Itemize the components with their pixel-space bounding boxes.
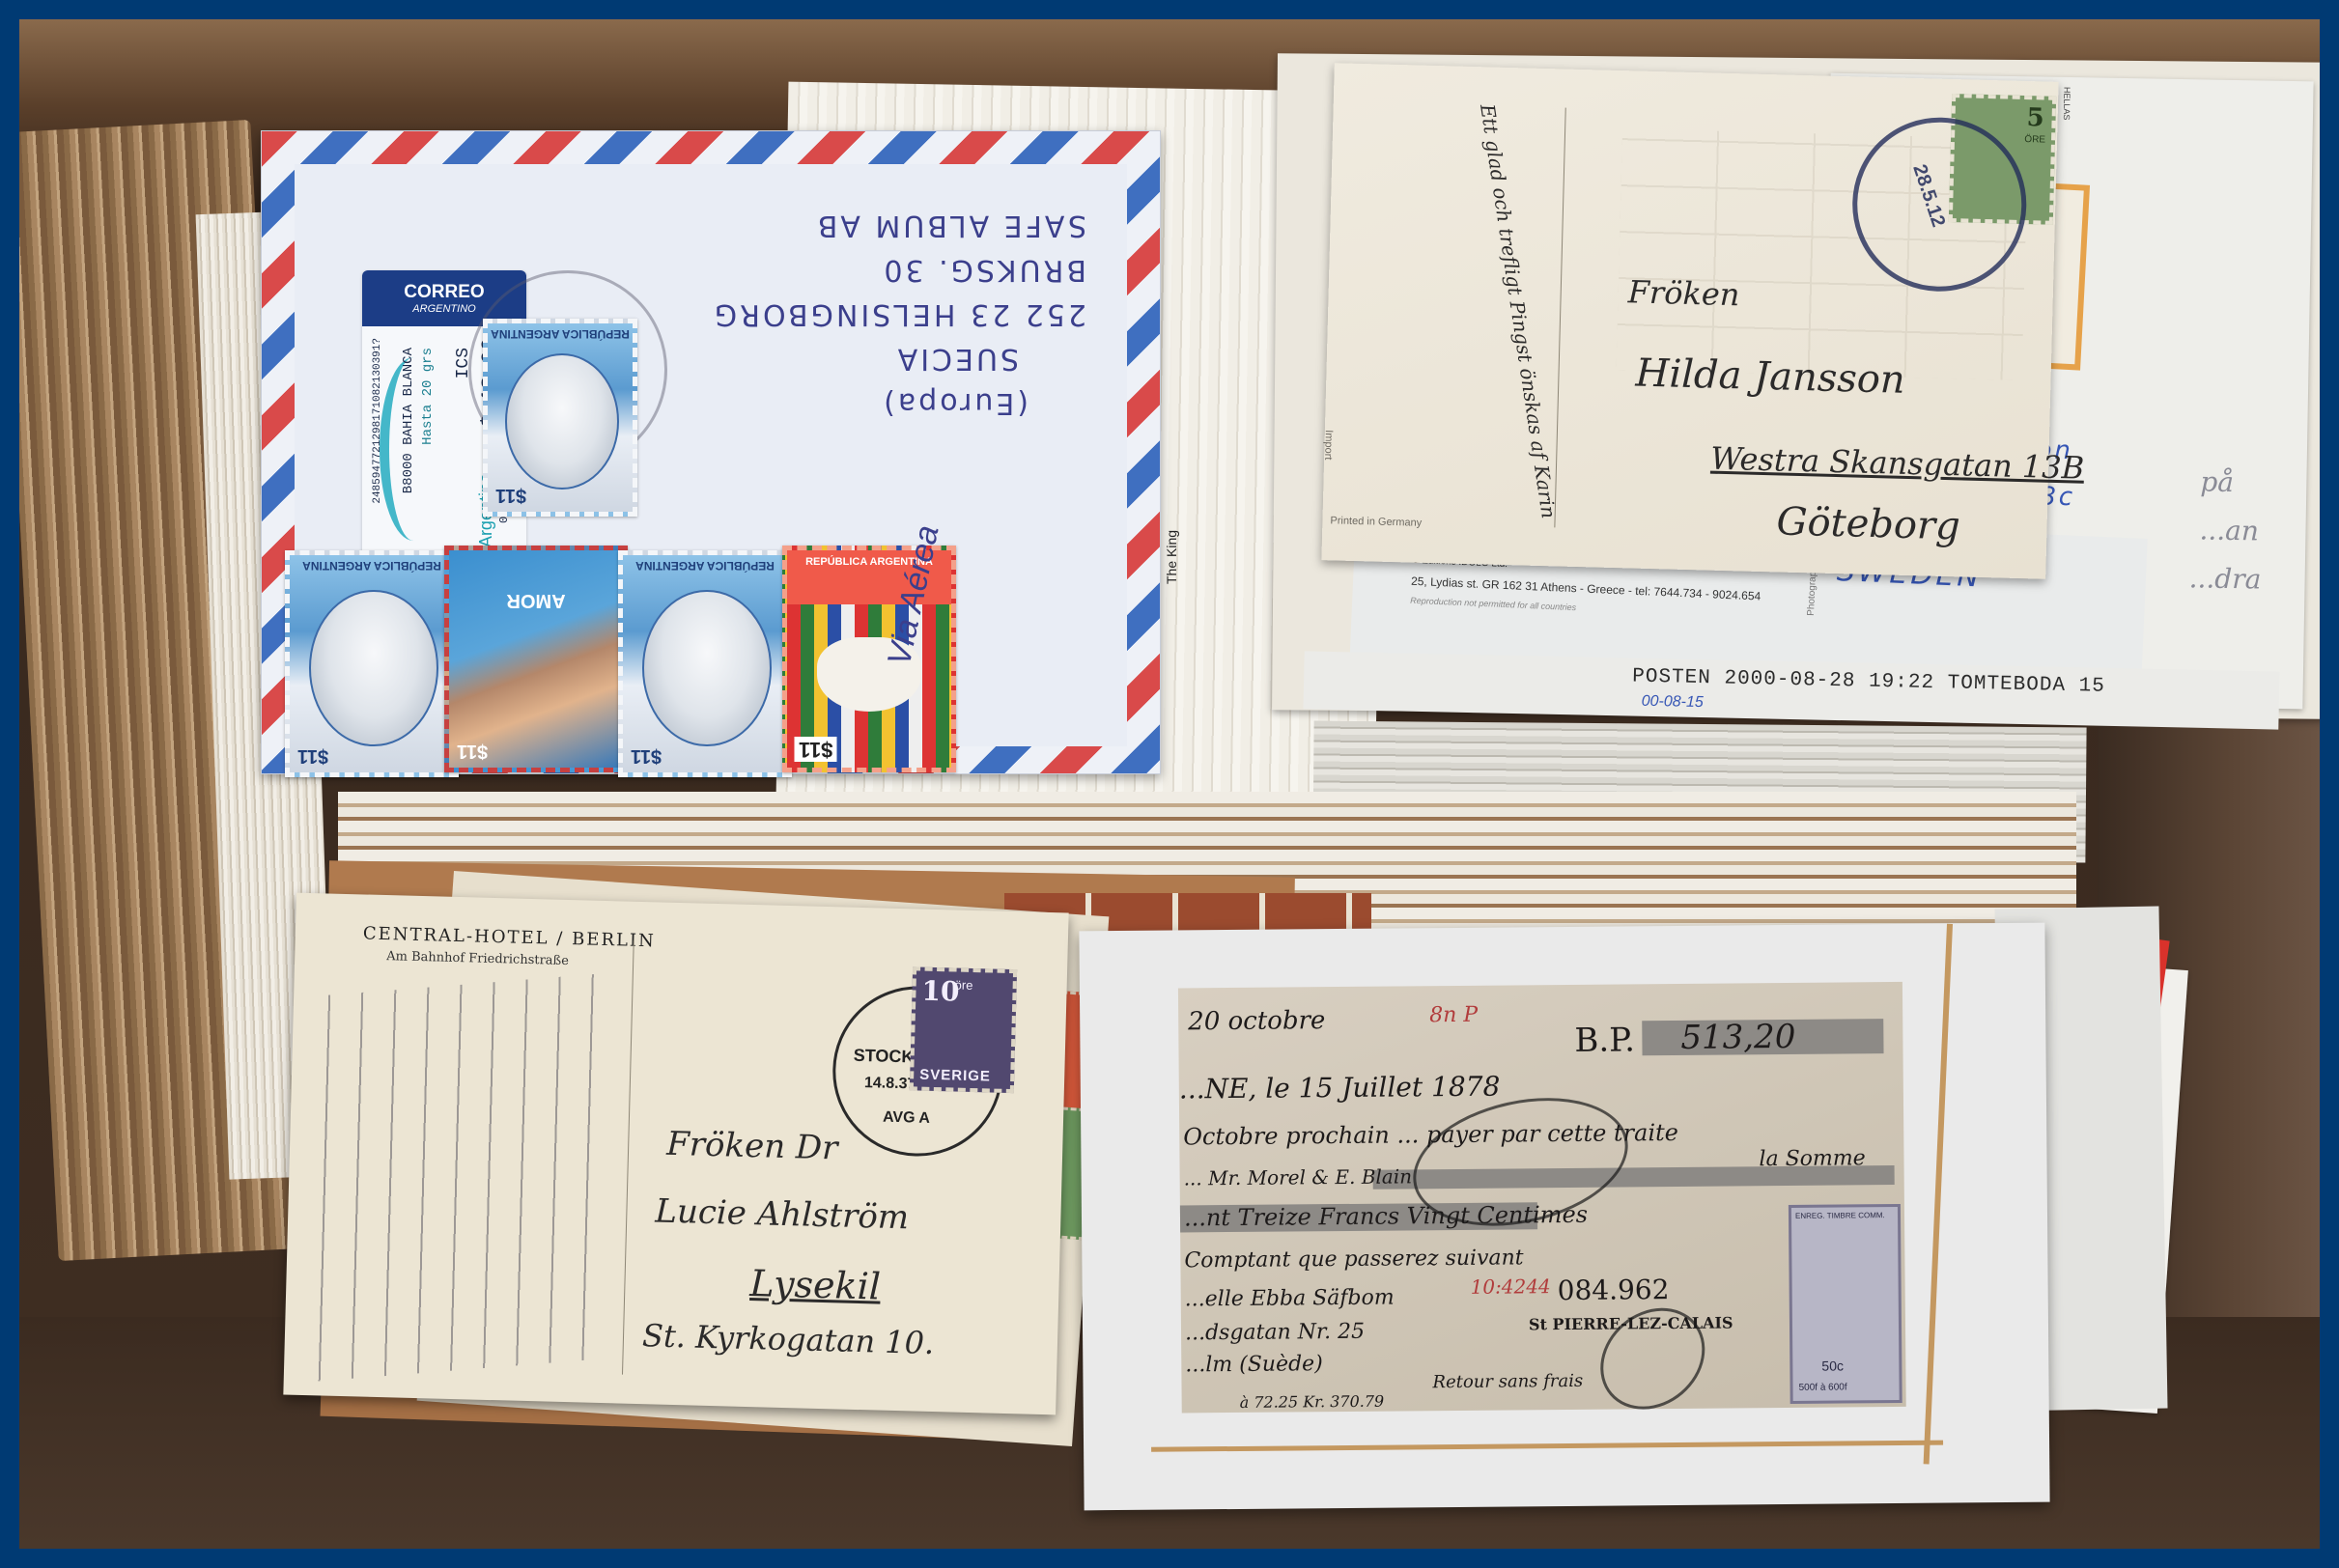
meter-text: POSTEN 2000-08-28 19:22 TOMTEBODA 15 (1632, 666, 2105, 698)
bill-line: ...elle Ebba Säfbom (1185, 1286, 1395, 1312)
handwriting-fragment: ...an (2199, 514, 2259, 546)
address-street: BRUKSG. 30 (584, 247, 1086, 292)
bp-label: B.P. (1574, 1021, 1635, 1060)
bill-line: ...lm (Suède) (1185, 1352, 1323, 1377)
handwritten-message (303, 972, 623, 1383)
tracking-number: 2485947721298171082130391? (372, 338, 383, 504)
recipient-street: Westra Skansgatan 13B (1710, 440, 2085, 487)
argentina-ship-stamp: REPÚBLICA ARGENTINA $11 (618, 550, 792, 777)
stamp-unit: öre (954, 977, 972, 992)
stamp-header: REPÚBLICA ARGENTINA (290, 559, 454, 573)
cover-face: CORREO ARGENTINO $ 18,00 ICS Hasta 20 gr… (295, 164, 1127, 746)
hellas-label: HELLAS (2062, 87, 2072, 121)
postmark-date: 28.5.12 (1907, 162, 1949, 231)
jd-porto-stamp (1580, 1287, 1726, 1430)
mount-border-line (1151, 1441, 1943, 1452)
central-hotel-postcard: CENTRAL-HOTEL / BERLIN Am Bahnhof Friedr… (283, 893, 1068, 1415)
bill-line: Comptant que passerez suivant (1184, 1246, 1523, 1273)
argentina-ship-stamp: REPÚBLICA ARGENTINA $11 (285, 550, 459, 777)
stamp-value: $11 (795, 737, 837, 762)
stamp-value: $11 (495, 484, 526, 506)
recipient-title: Fröken Dr (666, 1125, 838, 1168)
stamp-unit: ÖRE (2024, 134, 2045, 146)
recipient-address: (Europa) SUECIA 252 23 HELSINGBORG BRUKS… (584, 203, 1086, 425)
weight-limit: Hasta 20 grs (420, 348, 436, 445)
argentina-amor-stamp: AMOR $11 (444, 546, 628, 772)
tax-stamp-header: ENREG. TIMBRE COMM. (1795, 1211, 1885, 1220)
bill-line: ...dsgatan Nr. 25 (1185, 1320, 1365, 1346)
post-office: B8000 BAHIA BLANCA (401, 348, 416, 493)
printed-in-germany: Printed in Germany (1330, 515, 1422, 528)
card-divider (622, 940, 634, 1375)
swedish-postcard: Import Printed in Germany Ett glad och t… (1321, 63, 2058, 578)
bill-of-exchange-mount: 20 octobre 8n P B.P. 513,20 ...NE, le 15… (1079, 923, 2049, 1511)
import-imprint: Import (1322, 430, 1335, 460)
stamp-title: AMOR (449, 589, 623, 611)
brand: CORREO (404, 282, 484, 303)
handwriting-fragment: ...dra (2188, 562, 2261, 595)
stamp-value: 5 (2026, 103, 2044, 132)
postmark-code: AVG A (883, 1109, 930, 1128)
bill-red-note: 8n P (1429, 1003, 1478, 1027)
tax-stamp-range: 500f à 600f (1799, 1382, 1847, 1392)
sailing-ship-icon (309, 590, 437, 746)
card-divider (1554, 108, 1565, 528)
recipient-name: Lucie Ahlström (655, 1191, 910, 1237)
address-company: SAFE ALBUM AB (584, 203, 1086, 247)
stamp-country: SVERIGE (919, 1067, 991, 1085)
hotel-subheader: Am Bahnhof Friedrichstraße (386, 949, 569, 968)
stamp-value: $11 (297, 744, 328, 767)
recipient-name: Hilda Jansson (1635, 351, 1905, 403)
hotel-header: CENTRAL-HOTEL / BERLIN (363, 923, 657, 951)
bill-line: la Somme (1759, 1146, 1865, 1171)
bill-of-exchange: 20 octobre 8n P B.P. 513,20 ...NE, le 15… (1178, 982, 1906, 1414)
stamp-value: $11 (457, 740, 488, 762)
sailing-ship-icon (642, 590, 771, 746)
meter-handwritten: 00-08-15 (1642, 693, 1704, 712)
bill-amount: 513,20 (1680, 1018, 1795, 1057)
bill-date-line: ...NE, le 15 Juillet 1878 (1179, 1071, 1501, 1106)
bill-line: Retour sans frais (1432, 1371, 1583, 1392)
red-handwriting: 10:4244 (1471, 1274, 1551, 1299)
airmail-cover: CORREO ARGENTINO $ 18,00 ICS Hasta 20 gr… (261, 130, 1161, 774)
bill-line: ... Mr. Morel & E. Blain (1184, 1164, 1413, 1190)
stamp-value: $11 (631, 744, 662, 767)
brand-sub: ARGENTINO (412, 303, 475, 315)
bill-line: à 72.25 Kr. 370.79 (1240, 1392, 1385, 1412)
recipient-title: Fröken (1627, 273, 1740, 313)
mount-border-line (1924, 924, 1953, 1465)
address-city: 252 23 HELSINGBORG (584, 292, 1086, 336)
greeting-message: Ett glad och trefligt Pingst önskas af K… (1476, 102, 1561, 519)
rights-notice: Reproduction not permitted for all count… (1410, 596, 1576, 612)
box-photo: ΡΕΘΥΜΝΟ 1990 80 ΕΛΛΗΝΙΚΗ ΔΗΜΟΚΡΑΤΙΑ ΔΡ.5… (19, 19, 2320, 1549)
handwriting-fragment: på (2200, 465, 2234, 498)
bill-top-note: 20 octobre (1188, 1006, 1325, 1036)
bill-number: 084.962 (1558, 1274, 1670, 1306)
sverige-10-ore-stamp: 10 öre SVERIGE (910, 966, 1017, 1093)
recipient-city: Lysekil (749, 1262, 881, 1308)
revenue-tax-stamp: ENREG. TIMBRE COMM. 50c 500f à 600f (1789, 1204, 1902, 1404)
recipient-city: Göteborg (1776, 499, 1960, 548)
the-king-label: The King (1164, 530, 1179, 584)
recipient-street: St. Kyrkogatan 10. (642, 1317, 935, 1361)
tax-stamp-value: 50c (1821, 1358, 1844, 1373)
postmark-date: 14.8.37 (864, 1075, 916, 1093)
address-country: SUECIA (584, 336, 1086, 380)
stamp-header: REPÚBLICA ARGENTINA (623, 559, 787, 573)
address-region: (Europa) (584, 380, 1086, 425)
